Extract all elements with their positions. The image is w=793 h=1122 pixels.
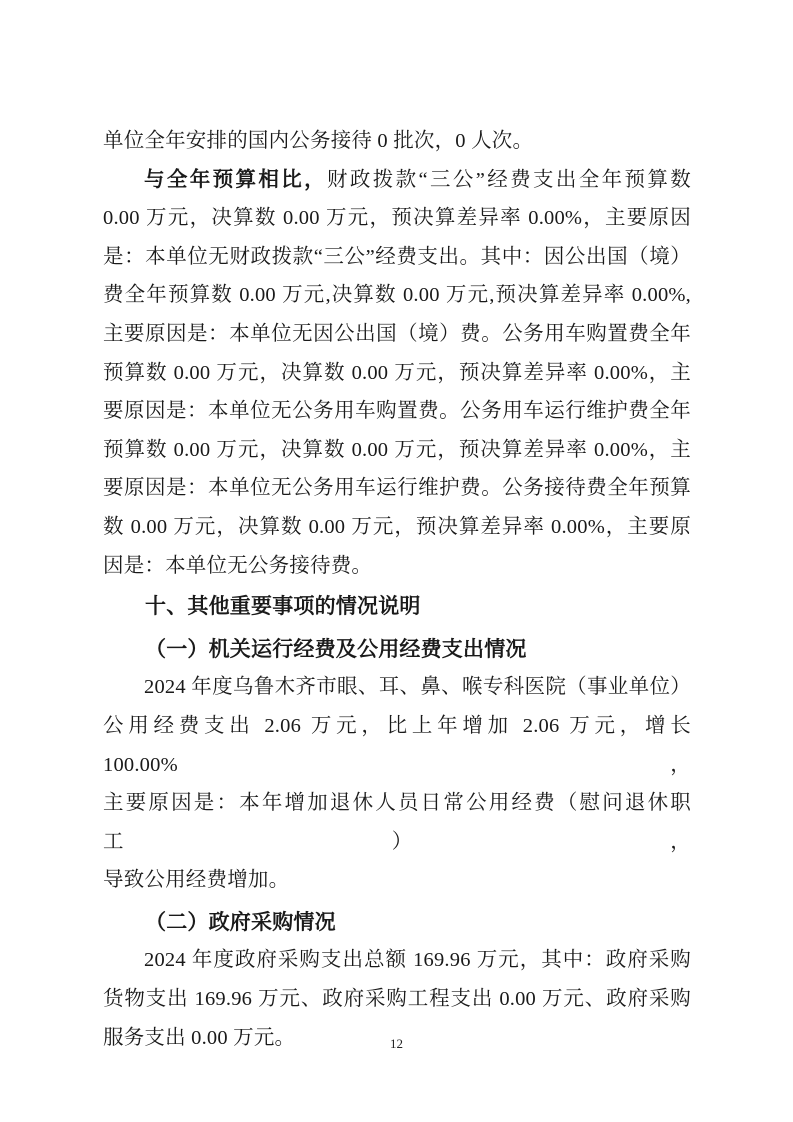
text-line: 2024 年度乌鲁木齐市眼、耳、鼻、喉专科医院（事业单位）	[103, 668, 691, 707]
text-line: 货物支出 169.96 万元、政府采购工程支出 0.00 万元、政府采购	[103, 980, 691, 1019]
bold-lead-text: 与全年预算相比，	[144, 168, 327, 191]
text-line: 导致公用经费增加。	[103, 861, 691, 900]
text-line: 预算数 0.00 万元，决算数 0.00 万元，预决算差异率 0.00%，主	[103, 431, 691, 470]
text-line: 要原因是：本单位无公务用车运行维护费。公务接待费全年预算	[103, 469, 691, 508]
document-page: 单位全年安排的国内公务接待 0 批次，0 人次。 与全年预算相比，财政拨款“三公…	[0, 0, 793, 1122]
text-line: 公用经费支出 2.06 万元，比上年增加 2.06 万元，增长 100.00%，	[103, 707, 691, 784]
text-line: 0.00 万元，决算数 0.00 万元，预决算差异率 0.00%，主要原因	[103, 199, 691, 238]
text-line: 是：本单位无财政拨款“三公”经费支出。其中：因公出国（境）	[103, 238, 691, 277]
document-body: 单位全年安排的国内公务接待 0 批次，0 人次。 与全年预算相比，财政拨款“三公…	[103, 122, 691, 1057]
page-number: 12	[0, 1036, 793, 1052]
text-line: 预算数 0.00 万元，决算数 0.00 万元，预决算差异率 0.00%，主	[103, 354, 691, 393]
text-line: 2024 年度政府采购支出总额 169.96 万元，其中：政府采购	[103, 941, 691, 980]
subsection-heading: （一）机关运行经费及公用经费支出情况	[103, 630, 691, 669]
text-line: 主要原因是：本年增加退休人员日常公用经费（慰问退休职工），	[103, 784, 691, 861]
section-heading: 十、其他重要事项的情况说明	[103, 588, 691, 627]
text-line: 单位全年安排的国内公务接待 0 批次，0 人次。	[103, 122, 691, 161]
text-line: 因是：本单位无公务接待费。	[103, 547, 691, 586]
text-line: 数 0.00 万元，决算数 0.00 万元，预决算差异率 0.00%，主要原	[103, 508, 691, 547]
text-line: 主要原因是：本单位无因公出国（境）费。公务用车购置费全年	[103, 315, 691, 354]
text-line: 要原因是：本单位无公务用车购置费。公务用车运行维护费全年	[103, 392, 691, 431]
text-line: 与全年预算相比，财政拨款“三公”经费支出全年预算数	[103, 161, 691, 200]
text-line: 费全年预算数 0.00 万元,决算数 0.00 万元,预决算差异率 0.00%,	[103, 276, 691, 315]
subsection-heading: （二）政府采购情况	[103, 903, 691, 942]
line-text: 财政拨款“三公”经费支出全年预算数	[327, 169, 691, 191]
